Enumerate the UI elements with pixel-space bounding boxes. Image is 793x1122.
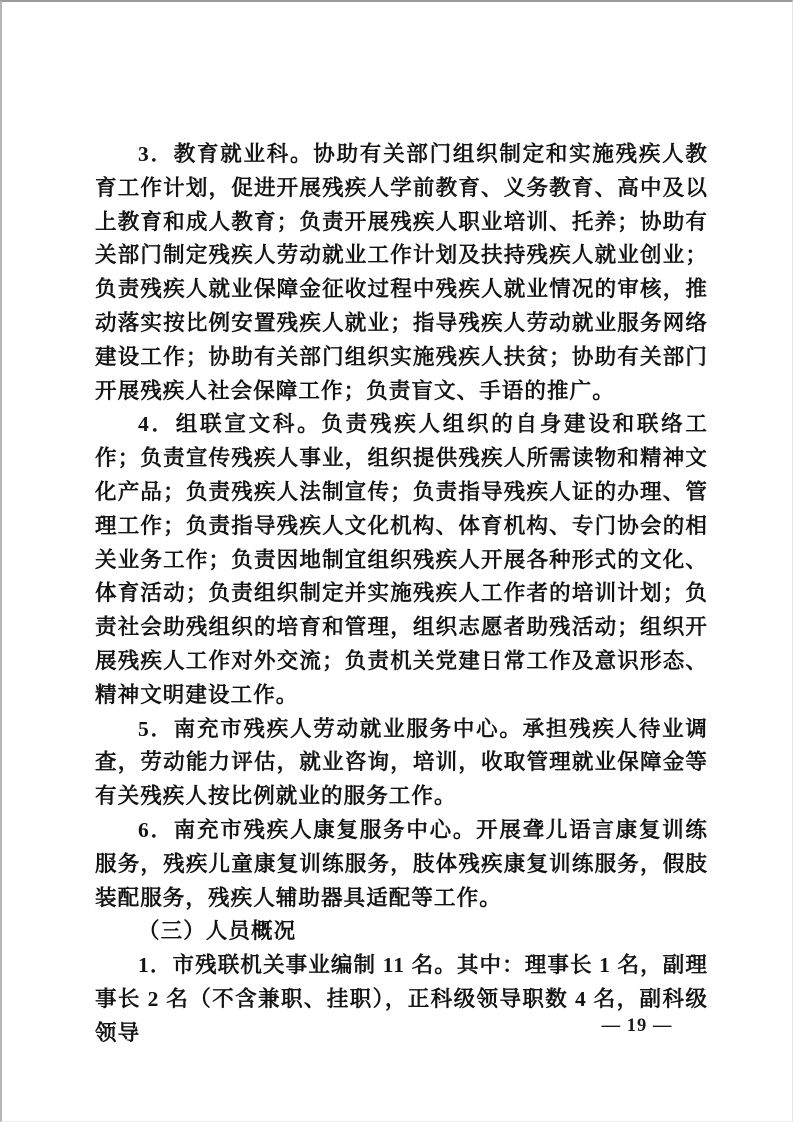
section-heading: （三）人员概况 xyxy=(95,915,708,949)
paragraph: 4．组联宣文科。负责残疾人组织的自身建设和联络工作；负责宣传残疾人事业，组织提供… xyxy=(95,408,708,712)
page-number: — 19 — xyxy=(587,1016,687,1037)
paragraph: 3．教育就业科。协助有关部门组织制定和实施残疾人教育工作计划，促进开展残疾人学前… xyxy=(95,138,708,408)
paragraph: 5．南充市残疾人劳动就业服务中心。承担残疾人待业调查，劳动能力评估，就业咨询，培… xyxy=(95,713,708,814)
paragraph: 6．南充市残疾人康复服务中心。开展聋儿语言康复训练服务，残疾儿童康复训练服务，肢… xyxy=(95,814,708,915)
document-body: 3．教育就业科。协助有关部门组织制定和实施残疾人教育工作计划，促进开展残疾人学前… xyxy=(95,138,708,1051)
document-page: 3．教育就业科。协助有关部门组织制定和实施残疾人教育工作计划，促进开展残疾人学前… xyxy=(0,0,793,1122)
